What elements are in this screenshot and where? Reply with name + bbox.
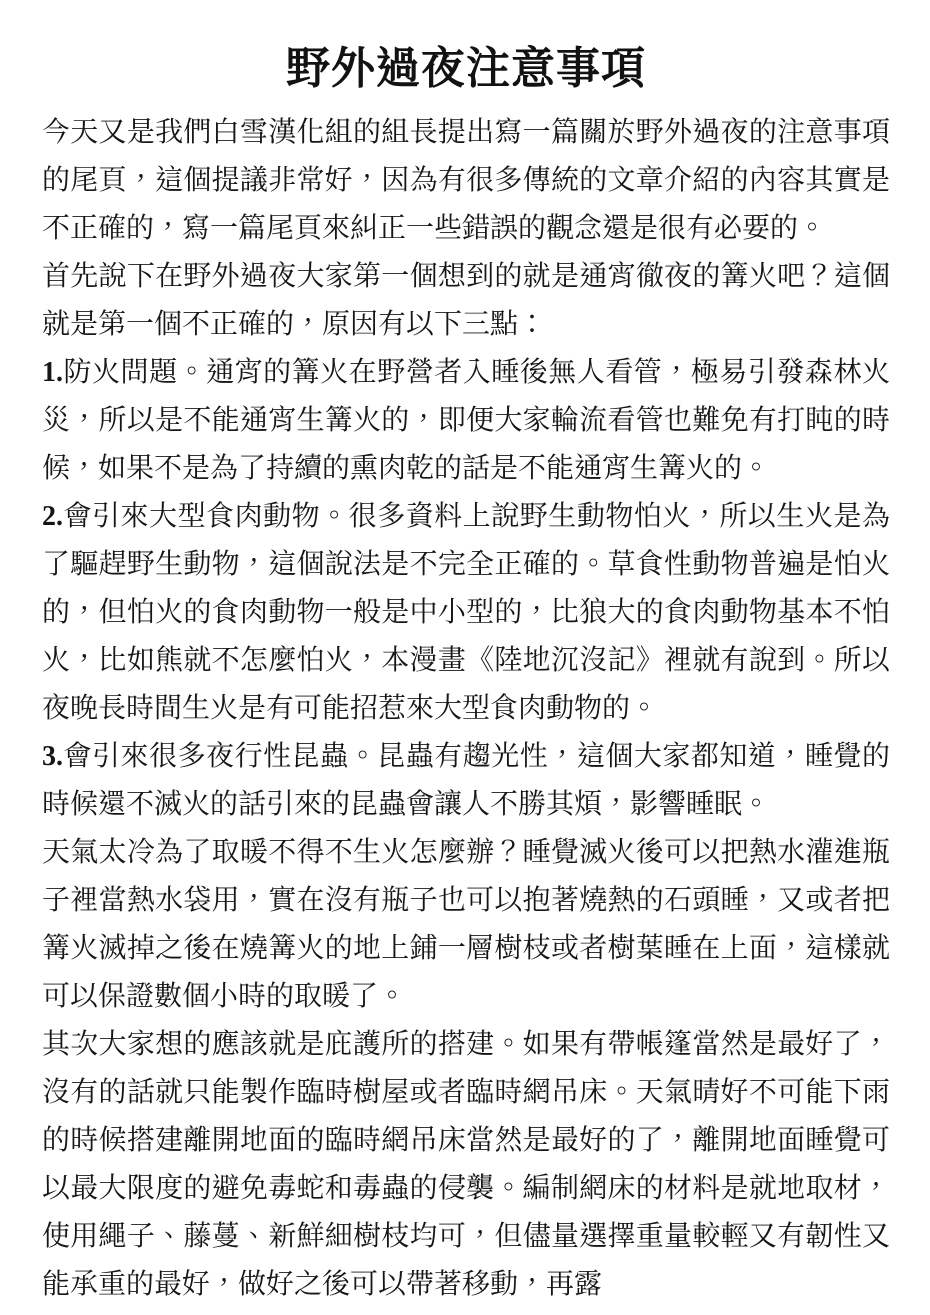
paragraph-text: 其次大家想的應該就是庇護所的搭建。如果有帶帳篷當然是最好了，沒有的話就只能製作臨… xyxy=(42,1029,890,1300)
paragraph-text: 天氣太冷為了取暖不得不生火怎麼辦？睡覺滅火後可以把熱水灌進瓶子裡當熱水袋用，實在… xyxy=(42,837,890,1012)
paragraph-campfire-lead: 首先說下在野外過夜大家第一個想到的就是通宵徹夜的篝火吧？這個就是第一個不正確的，… xyxy=(42,253,890,349)
paragraph-intro: 今天又是我們白雪漢化組的組長提出寫一篇關於野外過夜的注意事項的尾頁，這個提議非常… xyxy=(42,109,890,253)
paragraph-number: 3. xyxy=(42,741,63,772)
paragraph-warmth-tips: 天氣太冷為了取暖不得不生火怎麼辦？睡覺滅火後可以把熱水灌進瓶子裡當熱水袋用，實在… xyxy=(42,829,890,1021)
paragraph-text: 會引來很多夜行性昆蟲。昆蟲有趨光性，這個大家都知道，睡覺的時候還不滅火的話引來的… xyxy=(42,741,890,820)
paragraph-text: 今天又是我們白雪漢化組的組長提出寫一篇關於野外過夜的注意事項的尾頁，這個提議非常… xyxy=(42,117,890,244)
paragraph-point-3: 3.會引來很多夜行性昆蟲。昆蟲有趨光性，這個大家都知道，睡覺的時候還不滅火的話引… xyxy=(42,733,890,829)
paragraph-text: 首先說下在野外過夜大家第一個想到的就是通宵徹夜的篝火吧？這個就是第一個不正確的，… xyxy=(42,261,890,340)
paragraph-point-2: 2.會引來大型食肉動物。很多資料上說野生動物怕火，所以生火是為了驅趕野生動物，這… xyxy=(42,493,890,733)
paragraph-point-1: 1.防火問題。通宵的篝火在野營者入睡後無人看管，極易引發森林火災，所以是不能通宵… xyxy=(42,349,890,493)
paragraph-text: 防火問題。通宵的篝火在野營者入睡後無人看管，極易引發森林火災，所以是不能通宵生篝… xyxy=(42,357,890,484)
paragraph-shelter: 其次大家想的應該就是庇護所的搭建。如果有帶帳篷當然是最好了，沒有的話就只能製作臨… xyxy=(42,1021,890,1309)
paragraph-number: 2. xyxy=(42,501,63,532)
page-title: 野外過夜注意事項 xyxy=(42,40,890,97)
document-page: 野外過夜注意事項 今天又是我們白雪漢化組的組長提出寫一篇關於野外過夜的注意事項的… xyxy=(0,0,930,1315)
paragraph-text: 會引來大型食肉動物。很多資料上說野生動物怕火，所以生火是為了驅趕野生動物，這個說… xyxy=(42,501,890,724)
paragraph-number: 1. xyxy=(42,357,63,388)
